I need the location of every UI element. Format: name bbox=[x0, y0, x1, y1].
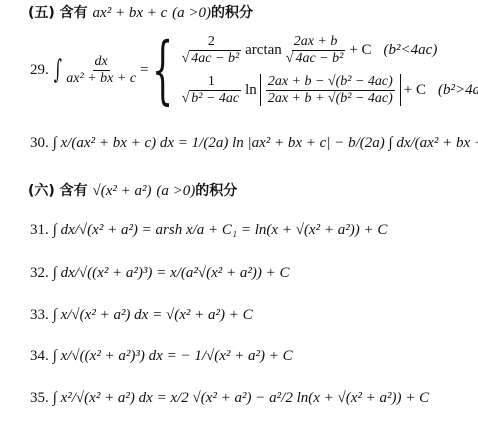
integral-sign-icon: ∫ bbox=[53, 57, 61, 83]
numerator: 2 bbox=[206, 34, 217, 50]
formula-body: ∫ dx/√(x² + a²) = arsh x/a + C₁ = ln(x +… bbox=[53, 222, 388, 239]
numerator: dx bbox=[95, 54, 108, 69]
formula-35: 35. ∫ x²/√(x² + a²) dx = x/2 √(x² + a²) … bbox=[30, 390, 429, 407]
section-suffix: 的积分 bbox=[211, 5, 253, 21]
formula-29: 29. ∫ dx ax² + bx + c = { 2√4ac − b² arc… bbox=[30, 30, 478, 110]
formula-34: 34. ∫ x/√((x² + a²)³) dx = − 1/√(x² + a²… bbox=[30, 348, 293, 365]
constant: + C bbox=[404, 82, 426, 99]
formula-number: 29. bbox=[30, 62, 49, 79]
denominator: b² − 4ac bbox=[191, 91, 239, 106]
function-name: ln bbox=[245, 82, 257, 99]
section-heading-5: (五) 含有 ax² + bx + c (a >0)的积分 bbox=[28, 2, 253, 22]
formula-number: 31. bbox=[30, 222, 49, 239]
denominator: 2ax + b + √(b² − 4ac) bbox=[268, 91, 393, 106]
function-name: arctan bbox=[245, 42, 282, 59]
condition: (b²<4ac) bbox=[384, 42, 438, 59]
section-expr: ax² + bx + c bbox=[93, 5, 168, 21]
section-suffix: 的积分 bbox=[195, 183, 237, 199]
formula-body: ∫ x/(ax² + bx + c) dx = 1/(2a) ln |ax² +… bbox=[53, 135, 478, 152]
formula-number: 33. bbox=[30, 307, 49, 324]
formula-body: ∫ x²/√(x² + a²) dx = x/2 √(x² + a²) − a²… bbox=[53, 390, 429, 407]
formula-32: 32. ∫ dx/√((x² + a²)³) = x/(a²√(x² + a²)… bbox=[30, 265, 289, 282]
formula-number: 35. bbox=[30, 390, 49, 407]
denominator: ax² + bx + c bbox=[66, 71, 136, 86]
numerator: 2ax + b − √(b² − 4ac) bbox=[268, 74, 393, 89]
equals: = bbox=[140, 62, 148, 79]
formula-number: 30. bbox=[30, 135, 49, 152]
formula-body: ∫ dx/√((x² + a²)³) = x/(a²√(x² + a²)) + … bbox=[53, 265, 290, 282]
formula-30: 30. ∫ x/(ax² + bx + c) dx = 1/(2a) ln |a… bbox=[30, 135, 478, 152]
formula-number: 34. bbox=[30, 348, 49, 365]
section-cond: (a >0) bbox=[172, 5, 211, 21]
formula-31: 31. ∫ dx/√(x² + a²) = arsh x/a + C₁ = ln… bbox=[30, 222, 387, 239]
numerator: 1 bbox=[206, 74, 217, 90]
case-2: 1√b² − 4ac ln 2ax + b − √(b² − 4ac)2ax +… bbox=[178, 70, 478, 110]
denominator: 4ac − b² bbox=[295, 51, 343, 66]
section-label: (六) 含有 bbox=[28, 183, 88, 199]
formula-number: 32. bbox=[30, 265, 49, 282]
section-expr: √(x² + a²) bbox=[93, 183, 152, 199]
numerator: 2ax + b bbox=[294, 34, 338, 49]
cases: 2√4ac − b² arctan 2ax + b√4ac − b² + C (… bbox=[178, 30, 478, 110]
section-label: (五) 含有 bbox=[28, 5, 88, 21]
constant: + C bbox=[349, 42, 371, 59]
fraction: dx ax² + bx + c bbox=[64, 54, 138, 86]
formula-body: ∫ x/√(x² + a²) dx = √(x² + a²) + C bbox=[53, 307, 253, 324]
condition: (b²>4ac) bbox=[438, 82, 478, 99]
left-brace-icon: { bbox=[151, 33, 172, 107]
section-cond: (a >0) bbox=[156, 183, 195, 199]
formula-33: 33. ∫ x/√(x² + a²) dx = √(x² + a²) + C bbox=[30, 307, 253, 324]
denominator: 4ac − b² bbox=[191, 51, 239, 66]
case-1: 2√4ac − b² arctan 2ax + b√4ac − b² + C (… bbox=[178, 30, 478, 70]
section-heading-6: (六) 含有 √(x² + a²) (a >0)的积分 bbox=[28, 180, 237, 200]
formula-body: ∫ x/√((x² + a²)³) dx = − 1/√(x² + a²) + … bbox=[53, 348, 293, 365]
